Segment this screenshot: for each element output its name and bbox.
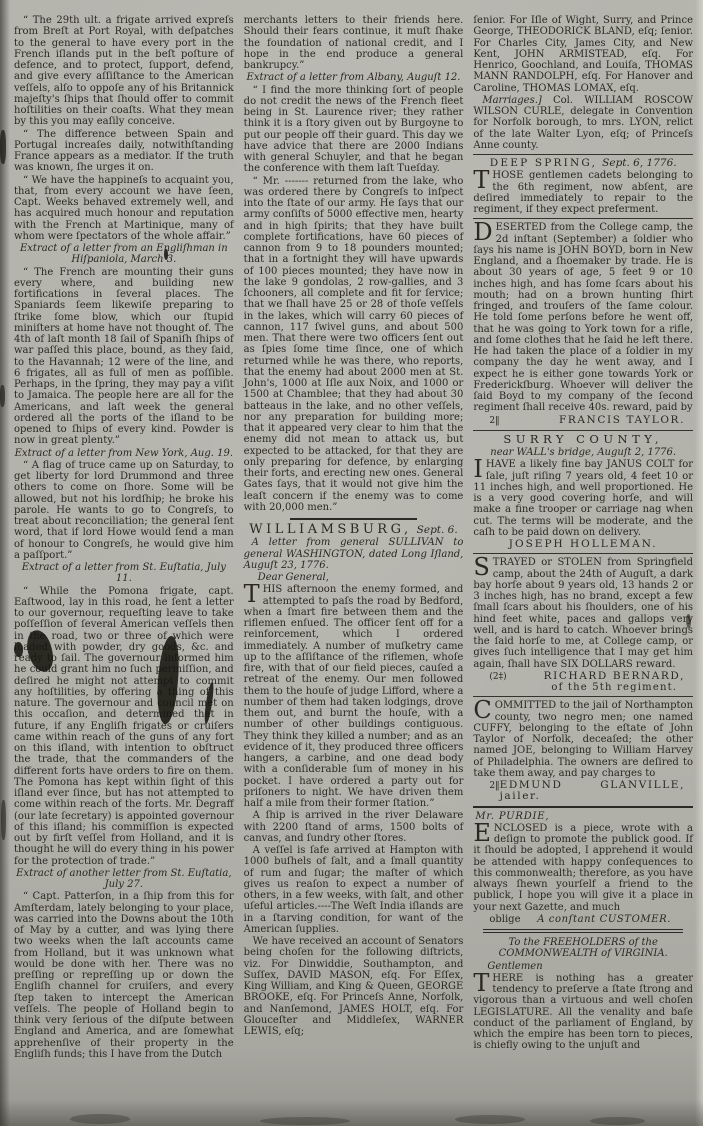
extract-heading: Extract of another letter from St. Euſta… [14, 868, 234, 891]
ad-deserted: DESERTED from the College camp, the 2d i… [473, 222, 693, 413]
extract-heading: Extract of a letter from Albany, Auguſt … [244, 72, 464, 83]
extract-heading: Extract of a letter from an Engliſhman i… [14, 243, 234, 266]
letter-attribution: A letter from general SULLIVAN to genera… [244, 537, 464, 571]
ad-text: TRAYED or STOLEN from Springfield camp, … [473, 557, 693, 669]
printer-mark: 2‖ [489, 781, 499, 792]
surry-subline: near WALL's bridge, Auguſt 2, 1776. [473, 447, 693, 458]
essay-paragraph: THERE is nothing has a greater tendency … [473, 973, 693, 1052]
bottom-smudge [455, 1115, 525, 1124]
signature-line: 2‖EDMUND GLANVILLE, jailer. [473, 780, 693, 803]
section-divider [473, 154, 693, 155]
news-paragraph: We have received an account of Senators … [244, 936, 464, 1037]
dateline-date: Sept. 6, 1776. [602, 157, 676, 169]
ad-text: HAVE a likely fine bay JANUS COLT for ſa… [473, 459, 693, 538]
signature-name: FRANCIS TAYLOR. [559, 415, 685, 426]
dateline-county: SURRY COUNTY, [503, 432, 663, 446]
signature-name: A conſtant CUSTOMER. [537, 914, 671, 925]
freeholders-heading: To the FREEHOLDERS of the COMMONWEALTH o… [473, 937, 693, 960]
section-divider [473, 430, 693, 431]
section-divider [290, 518, 417, 520]
extract-heading: Extract of a letter from New York, Aug. … [14, 448, 234, 459]
page-edge-mark [0, 130, 6, 164]
news-paragraph: “ Capt. Patterſon, in a ſhip from this f… [14, 891, 234, 1060]
drop-cap: S [473, 557, 492, 577]
news-paragraph: “ A flag of truce came up on Saturday, t… [14, 460, 234, 561]
news-paragraph: merchants letters to their friends here.… [244, 15, 464, 71]
ad-text: ESERTED from the College camp, the 2d in… [473, 222, 693, 413]
dateline-city: WILLIAMSBURG, [249, 522, 411, 537]
news-paragraph: A veſſel is ſafe arrived at Hampton with… [244, 845, 464, 935]
signature-line: (2‡)RICHARD BERNARD,of the 5th regiment. [473, 671, 693, 694]
column-layout: “ The 29th ult. a frigate arrived expreſ… [0, 0, 703, 1061]
letter-salutation: Dear General, [244, 572, 464, 583]
news-paragraph: ſenior. For Iſle of Wight, Surry, and Pr… [473, 15, 693, 94]
surry-dateline: SURRY COUNTY, [473, 434, 693, 446]
news-paragraph: A ſhip is arrived in the river Delaware … [244, 810, 464, 844]
page-edge-shadow [0, 0, 10, 1126]
letter-text: HIS afternoon the enemy formed, and atte… [244, 584, 464, 809]
signature-block: RICHARD BERNARD,of the 5th regiment. [544, 671, 685, 694]
section-divider [473, 218, 693, 219]
ink-blot [14, 642, 23, 657]
ink-blot [164, 249, 168, 260]
ink-blot [686, 614, 691, 628]
dateline-place: DEEP SPRING, [490, 157, 597, 169]
signature-name: RICHARD BERNARD, [544, 670, 685, 682]
bottom-smudge [590, 1117, 645, 1125]
ad-text: OMMITTED to the jail of Northampton coun… [473, 700, 693, 779]
drop-cap: T [244, 584, 263, 604]
drop-cap: D [473, 222, 495, 242]
news-paragraph: “ The French are mounting their guns eve… [14, 267, 234, 447]
column-left: “ The 29th ult. a frigate arrived expreſ… [14, 15, 234, 1061]
page-edge-highlight [695, 0, 703, 1126]
news-paragraph: “ The difference between Spain and Portu… [14, 129, 234, 174]
printer-mark: (2‡) [489, 672, 506, 683]
newspaper-page: “ The 29th ult. a frigate arrived expreſ… [0, 0, 703, 1126]
signature-line: JOSEPH HOLLEMAN. [473, 539, 693, 550]
ad-committed: COMMITTED to the jail of Northampton cou… [473, 700, 693, 779]
letter-text: NCLOSED is a piece, wrote with a deſign … [473, 823, 693, 913]
news-paragraph: “ We have the happineſs to acquaint you,… [14, 175, 234, 243]
signature-line: obligeA conſtant CUSTOMER. [473, 914, 693, 925]
signature-line: 2‖FRANCIS TAYLOR. [473, 415, 693, 427]
drop-cap: T [473, 973, 492, 993]
section-divider [473, 696, 693, 697]
column-center: merchants letters to their friends here.… [244, 15, 464, 1061]
letter-salutation: Gentlemen [473, 961, 693, 972]
marriages-paragraph: Marriages.] Col. WILLIAM ROSCOW WILSON C… [473, 95, 693, 151]
page-edge-mark [1, 800, 6, 840]
bottom-smudge [260, 1117, 350, 1125]
printer-mark: 2‖ [489, 416, 499, 427]
drop-cap: C [473, 700, 494, 720]
section-divider [483, 929, 683, 933]
signature-lead: oblige [489, 914, 520, 925]
news-paragraph: “ While the Pomona frigate, capt. Eaſtwo… [14, 586, 234, 867]
drop-cap: I [473, 459, 485, 479]
page-edge-mark [0, 385, 5, 407]
bottom-smudge [70, 1114, 130, 1124]
ad-strayed: STRAYED or STOLEN from Springfield camp,… [473, 557, 693, 670]
notice-text: HOSE gentlemen cadets belonging to the 6… [473, 170, 693, 215]
letter-address: Mr. PURDIE, [473, 811, 693, 822]
news-paragraph: “ I find the more thinking ſort of peopl… [244, 85, 464, 175]
extract-heading: Extract of a letter from St. Euſtatia, J… [14, 562, 234, 585]
section-divider [473, 806, 693, 808]
news-paragraph: “ Mr. ------- returned from the lake, wh… [244, 176, 464, 514]
letter-body: THIS afternoon the enemy formed, and att… [244, 584, 464, 809]
essay-text: HERE is nothing has a greater tendency t… [473, 973, 693, 1052]
drop-cap: T [473, 170, 492, 190]
section-divider [473, 553, 693, 554]
drop-cap: E [473, 823, 494, 843]
column-right: ſenior. For Iſle of Wight, Surry, and Pr… [473, 15, 693, 1061]
marriages-label: Marriages.] [482, 95, 541, 106]
signature-name: EDMUND GLANVILLE, jailer. [500, 780, 685, 803]
dateline-date: Sept. 6. [417, 524, 458, 536]
notice-cadets: THOSE gentlemen cadets belonging to the … [473, 170, 693, 215]
signature-title: of the 5th regiment. [544, 682, 685, 693]
ad-colt: IHAVE a likely fine bay JANUS COLT for ſ… [473, 459, 693, 538]
letter-enclosed: ENCLOSED is a piece, wrote with a deſign… [473, 823, 693, 913]
williamsburg-dateline: WILLIAMSBURG,Sept. 6. [244, 524, 464, 536]
deep-spring-dateline: DEEP SPRING,Sept. 6, 1776. [473, 158, 693, 169]
news-paragraph: “ The 29th ult. a frigate arrived expreſ… [14, 15, 234, 128]
